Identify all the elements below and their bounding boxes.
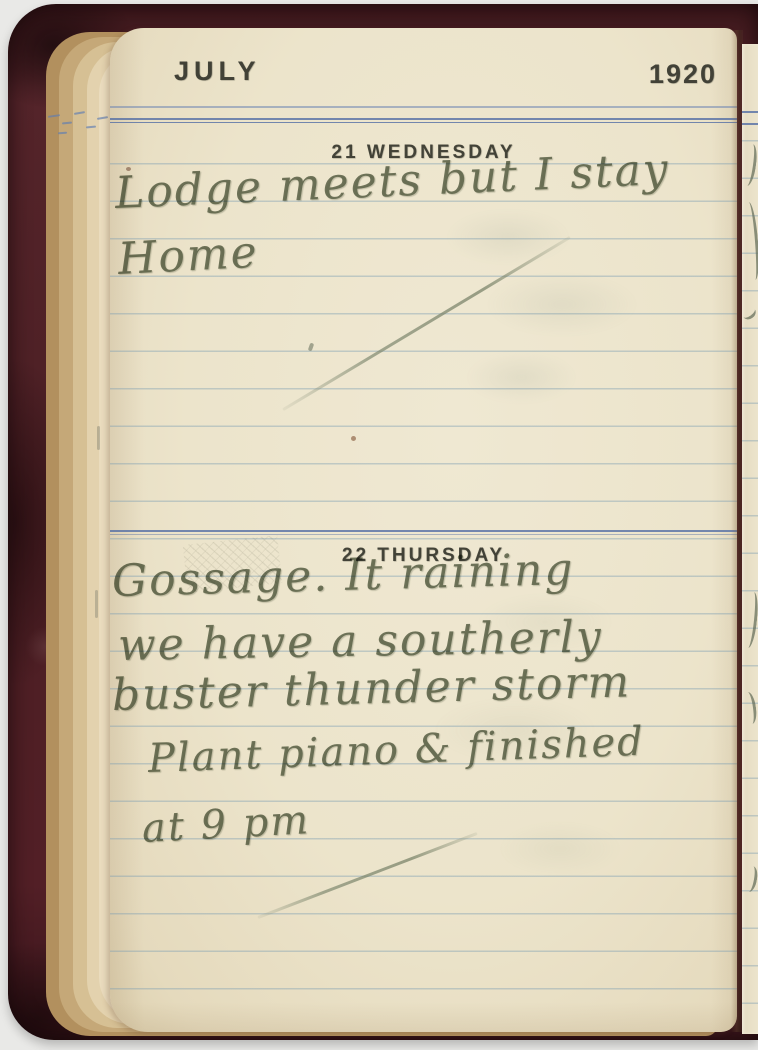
header-rule — [742, 123, 758, 125]
month-label: JULY — [174, 56, 261, 87]
diary-photo: JULY 1920 21 WEDNESDAY Lodge meets but I… — [0, 0, 758, 1050]
section-divider-rule — [110, 534, 737, 536]
header-rule — [110, 118, 737, 120]
header-rule — [742, 111, 758, 113]
paper-speck — [126, 167, 131, 171]
paper-speck — [351, 436, 356, 441]
header-rule — [110, 106, 737, 108]
section-divider-rule — [110, 530, 737, 532]
next-page-sliver — [742, 44, 758, 1034]
pencil-speck — [95, 590, 98, 618]
handwriting-line: Home — [117, 227, 260, 285]
handwriting-line: at 9 pm — [141, 797, 312, 852]
header-rule — [110, 122, 737, 124]
year-label: 1920 — [649, 59, 717, 90]
diary-page: JULY 1920 21 WEDNESDAY Lodge meets but I… — [110, 28, 737, 1032]
pencil-speck — [97, 426, 100, 450]
